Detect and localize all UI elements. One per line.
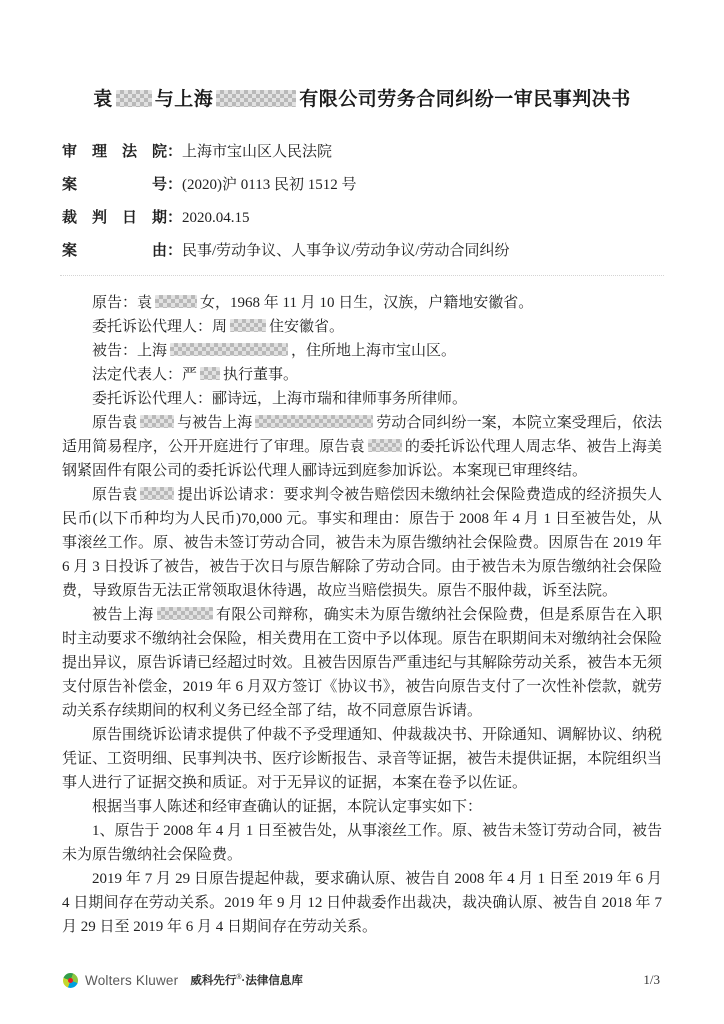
dotted-divider xyxy=(60,275,664,276)
redacted-text xyxy=(368,439,402,452)
footer-brand-text: Wolters Kluwer xyxy=(85,973,178,988)
paragraph-party: 原告：袁女，1968 年 11 月 10 日生，汉族，户籍地安徽省。 xyxy=(62,291,662,315)
meta-label-cause: 案 由： xyxy=(62,242,182,260)
paragraph-party: 委托诉讼代理人：郦诗远，上海市瑞和律师事务所律师。 xyxy=(62,387,662,411)
metadata-block: 审 理 法 院： 上海市宝山区人民法院 案 号： (2020)沪 0113 民初… xyxy=(62,143,662,260)
redacted-text xyxy=(200,367,220,380)
paragraph-party: 被告：上海，住所地上海市宝山区。 xyxy=(62,339,662,363)
paragraph-narrative: 原告围绕诉讼请求提供了仲裁不予受理通知、仲裁裁决书、开除通知、调解协议、纳税凭证… xyxy=(62,723,662,795)
meta-value-court: 上海市宝山区人民法院 xyxy=(182,143,662,161)
document-title: 袁与上海有限公司劳务合同纠纷一审民事判决书 xyxy=(40,84,684,111)
meta-label-court: 审 理 法 院： xyxy=(62,143,182,161)
meta-value-cause: 民事/劳动争议、人事争议/劳动争议/劳动合同纠纷 xyxy=(182,242,662,260)
meta-value-judgment-date: 2020.04.15 xyxy=(182,209,662,227)
meta-label-judgment-date: 裁 判 日 期： xyxy=(62,209,182,227)
meta-row-cause: 案 由： 民事/劳动争议、人事争议/劳动争议/劳动合同纠纷 xyxy=(62,242,662,260)
footer-product-text: 威科先行®·法律信息库 xyxy=(190,972,303,988)
paragraph-narrative: 原告袁提出诉讼请求：要求判令被告赔偿因未缴纳社会保险费造成的经济损失人民币(以下… xyxy=(62,483,662,603)
product-name: 威科先行 xyxy=(190,975,236,987)
wolters-kluwer-logo-icon xyxy=(63,973,78,988)
redacted-text xyxy=(140,415,174,428)
redacted-text xyxy=(140,487,174,500)
page-indicator: 1/3 xyxy=(643,972,660,988)
meta-row-case-number: 案 号： (2020)沪 0113 民初 1512 号 xyxy=(62,176,662,194)
redacted-text xyxy=(230,319,266,332)
product-suffix: ·法律信息库 xyxy=(242,975,303,987)
document-page: 袁与上海有限公司劳务合同纠纷一审民事判决书 审 理 法 院： 上海市宝山区人民法… xyxy=(0,0,724,1024)
paragraph-narrative: 原告袁与被告上海劳动合同纠纷一案，本院立案受理后，依法适用简易程序，公开开庭进行… xyxy=(62,411,662,483)
paragraph-narrative: 2019 年 7 月 29 日原告提起仲裁，要求确认原、被告自 2008 年 4… xyxy=(62,867,662,939)
meta-label-case-number: 案 号： xyxy=(62,176,182,194)
redacted-text xyxy=(155,295,197,308)
paragraph-narrative: 根据当事人陈述和经审查确认的证据，本院认定事实如下： xyxy=(62,795,662,819)
footer-brand-group: Wolters Kluwer 威科先行®·法律信息库 xyxy=(63,972,303,988)
paragraph-narrative: 被告上海有限公司辩称，确实未为原告缴纳社会保险费，但是系原告在入职时主动要求不缴… xyxy=(62,603,662,723)
meta-row-judgment-date: 裁 判 日 期： 2020.04.15 xyxy=(62,209,662,227)
redacted-text xyxy=(255,415,373,428)
meta-row-court: 审 理 法 院： 上海市宝山区人民法院 xyxy=(62,143,662,161)
page-footer: Wolters Kluwer 威科先行®·法律信息库 1/3 xyxy=(63,972,660,988)
redacted-text xyxy=(170,343,288,356)
redacted-text xyxy=(157,607,213,620)
redacted-text xyxy=(116,90,152,107)
document-body: 原告：袁女，1968 年 11 月 10 日生，汉族，户籍地安徽省。委托诉讼代理… xyxy=(62,291,662,939)
paragraph-party: 法定代表人：严执行董事。 xyxy=(62,363,662,387)
meta-value-case-number: (2020)沪 0113 民初 1512 号 xyxy=(182,176,662,194)
redacted-text xyxy=(216,90,296,107)
paragraph-narrative: 1、原告于 2008 年 4 月 1 日至被告处，从事滚丝工作。原、被告未签订劳… xyxy=(62,819,662,867)
paragraph-party: 委托诉讼代理人：周住安徽省。 xyxy=(62,315,662,339)
